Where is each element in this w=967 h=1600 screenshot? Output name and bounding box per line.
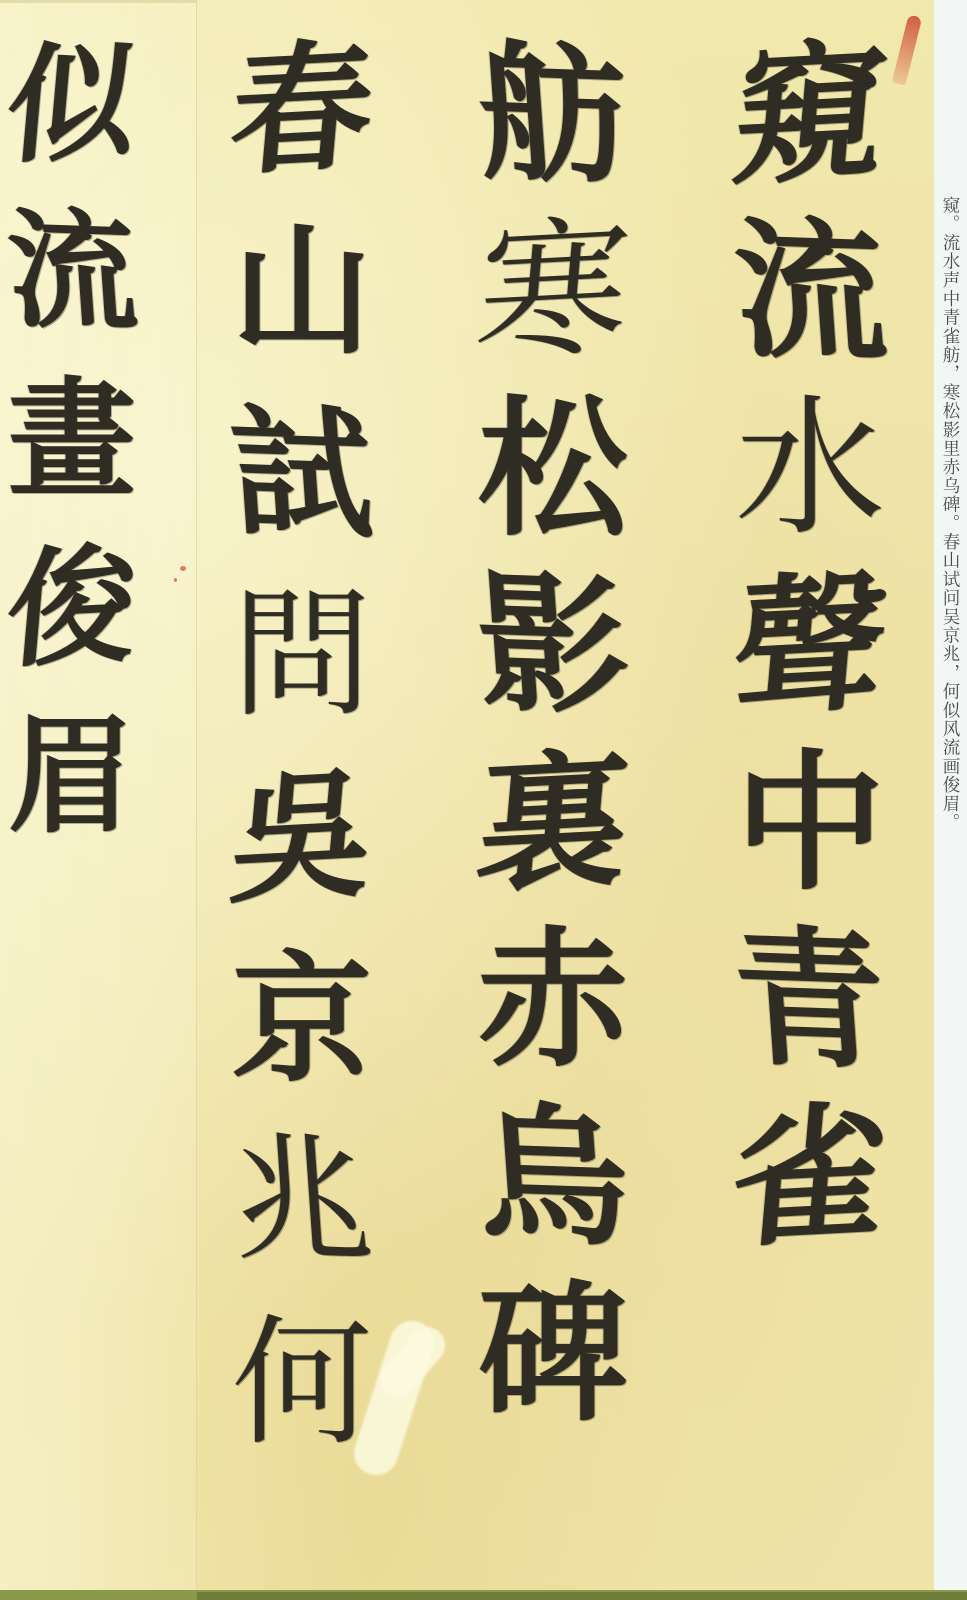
bottom-edge-band-dark — [197, 1592, 967, 1600]
calligraphy-glyph: 舫 — [473, 37, 634, 192]
calligraphy-glyph: 裏 — [471, 744, 635, 902]
calligraphy-glyph: 吳 — [225, 764, 378, 911]
transcription-caption: 窥。流水声中青雀舫，寒松影里赤乌碑。春山试问吴京兆，何似风流画俊眉。 — [938, 196, 962, 832]
red-speck — [174, 578, 177, 582]
calligraphy-glyph: 試 — [227, 402, 377, 547]
calligraphy-glyph: 流 — [3, 206, 140, 338]
calligraphy-glyph: 春 — [225, 36, 378, 183]
calligraphy-glyph: 兆 — [227, 1130, 377, 1275]
calligraphy-glyph: 京 — [232, 950, 372, 1090]
calligraphy-glyph: 青 — [730, 922, 891, 1077]
calligraphy-glyph: 窺 — [728, 36, 892, 194]
calligraphy-glyph: 烏 — [473, 1099, 634, 1254]
calligraphy-glyph: 中 — [735, 748, 885, 898]
calligraphy-glyph: 畫 — [8, 376, 136, 504]
calligraphy-column-3: 春 山 試 問 吳 京 兆 何 — [232, 40, 372, 1496]
calligraphy-column-4: 似 流 畫 俊 眉 — [8, 40, 136, 880]
calligraphy-glyph: 雀 — [728, 1098, 892, 1256]
calligraphy-glyph: 何 — [232, 1314, 372, 1454]
left-panel-top-edge — [0, 0, 196, 3]
calligraphy-glyph: 松 — [478, 394, 628, 544]
red-speck — [180, 566, 186, 571]
calligraphy-glyph: 影 — [473, 568, 634, 723]
calligraphy-column-2: 舫 寒 松 影 裏 赤 烏 碑 — [478, 40, 628, 1456]
calligraphy-glyph: 赤 — [478, 925, 628, 1075]
calligraphy-column-1: 窺 流 水 聲 中 青 雀 — [735, 40, 885, 1279]
calligraphy-glyph: 俊 — [2, 541, 142, 676]
calligraphy-glyph: 水 — [735, 394, 885, 544]
calligraphy-glyph: 問 — [232, 586, 372, 726]
calligraphy-glyph: 山 — [232, 222, 372, 362]
calligraphy-glyph: 寒 — [471, 213, 635, 371]
calligraphy-glyph: 眉 — [8, 712, 136, 840]
calligraphy-glyph: 似 — [2, 37, 142, 172]
calligraphy-glyph: 流 — [730, 214, 891, 369]
calligraphy-glyph: 聲 — [728, 567, 892, 725]
calligraphy-glyph: 碑 — [478, 1279, 628, 1429]
